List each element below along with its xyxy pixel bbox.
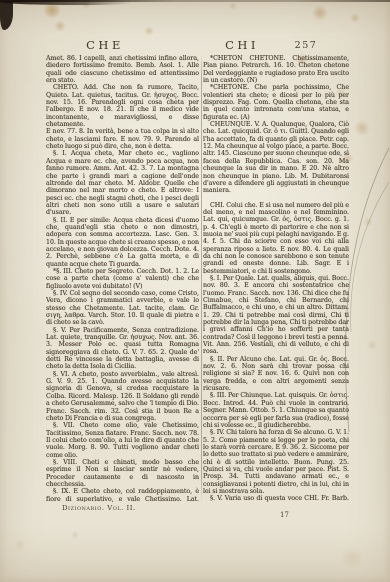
running-head-left: CHE <box>86 38 124 52</box>
volume-imprint: Dizionario. Vol. II. <box>62 504 136 512</box>
entry-paragraph: §. I. Acqua cheta, Mar cheto ec., vaglio… <box>46 150 199 216</box>
gathering-signature: 17 <box>280 511 289 519</box>
entry-paragraph: §. V. Per Pacificamente, Senza contradiz… <box>46 327 199 371</box>
page-number: 257 <box>295 40 318 51</box>
entry-paragraph: §. V. Varia uso di questa voce CHI. Fr. … <box>203 495 349 502</box>
entry-paragraph: E nov. 77. 8. In verità, bene a tua colp… <box>46 128 199 150</box>
scan-corner-tear <box>0 0 13 30</box>
entry-paragraph: §. II. Per Alcuno che. Lat. qui. Gr. ὁς.… <box>203 356 349 393</box>
entry-paragraph: CHI. Colui che. E si usa nel numero del … <box>203 202 349 275</box>
entry-paragraph: §. III. Per Chiunque. Lat. quisquis. Gr.… <box>203 392 349 429</box>
entry-paragraph: §. I. Per Quale. Lat. qualis, aliquis, q… <box>203 275 349 356</box>
entry-paragraph: Amet. 86. I capelli, anzi chetissimi inf… <box>46 55 199 84</box>
column-divider-rule <box>201 54 202 502</box>
entry-paragraph: *CHETON CHETONE. Chetissimamente, Pian p… <box>203 55 349 84</box>
entry-paragraph: §. VII. Cheto come olio, vale Chetissimo… <box>46 422 199 459</box>
entry-paragraph: *§. III. Cheto per Segreto. Cecch. Dot. … <box>46 268 199 290</box>
text-column-right: *CHETON CHETONE. Chetissimamente, Pian p… <box>203 55 349 502</box>
entry-paragraph: CHEUNQUE. V. A. Qualunque, Qualora, Ciò … <box>203 121 349 194</box>
text-column-left: Amet. 86. I capelli, anzi chetissimi inf… <box>46 55 199 502</box>
book-page: CHE CHI 257 Amet. 86. I capelli, anzi ch… <box>0 0 390 582</box>
entry-paragraph: §. IX. E Cheto cheto, col raddoppiamento… <box>46 488 199 502</box>
running-head-right: CHI <box>225 38 259 52</box>
entry-paragraph: §. IV. Col segno del secondo caso, come … <box>46 290 199 327</box>
entry-paragraph: §. VIII. Cheti e chinati, modo basso che… <box>46 459 199 488</box>
entry-paragraph: *CHETONE. Che parla pochissimo, Che vole… <box>203 84 349 121</box>
scan-top-edge-thick <box>0 0 132 5</box>
entry-paragraph: §. IV. Chi talora ha forza di Se alcuno.… <box>203 429 349 495</box>
entry-paragraph: §. VI. A cheto, posto avverbialm., vale … <box>46 371 199 422</box>
entry-paragraph: CHETO. Add. Che non fa rumore, Tacito, Q… <box>46 84 199 128</box>
entry-paragraph: §. II. E per simile: Acqua cheta dicesi … <box>46 217 199 268</box>
